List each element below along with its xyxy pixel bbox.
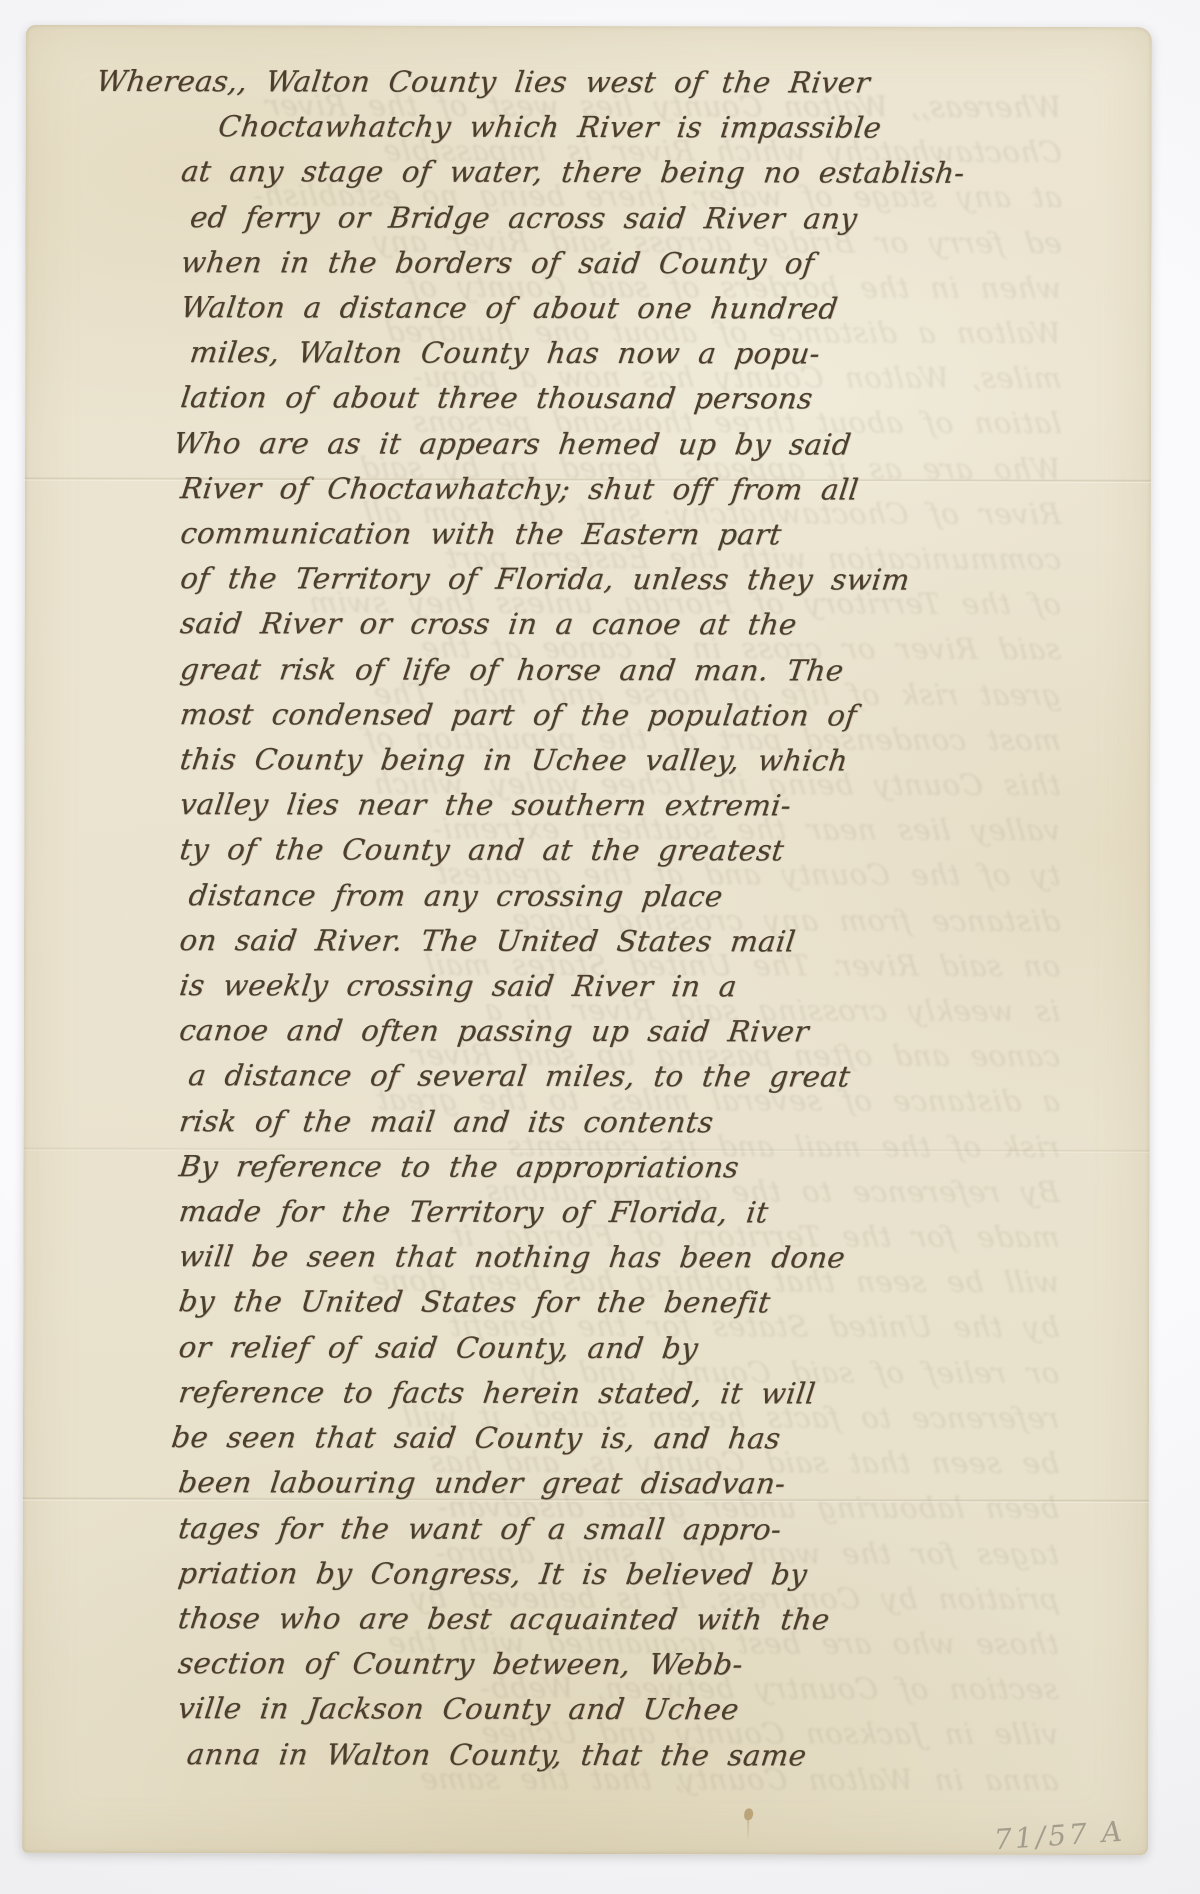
manuscript-line: ville in Jackson County and Uchee	[175, 1686, 1146, 1733]
manuscript-line: Choctawhatchy which River is impassible	[216, 104, 1150, 151]
manuscript-line: priation by Congress, It is believed by	[176, 1551, 1147, 1598]
manuscript-line: anna in Walton County, that the same	[184, 1732, 1146, 1779]
manuscript-paper: Whereas,, Walton County lies west of the…	[22, 25, 1152, 1855]
archival-number: 71/57 A	[993, 1815, 1126, 1856]
manuscript-line: ty of the County and at the greatest	[177, 828, 1148, 875]
manuscript-line: when in the borders of said County of	[178, 240, 1149, 287]
manuscript-line: lation of about three thousand persons	[178, 376, 1149, 423]
manuscript-line: section of Country between, Webb-	[175, 1641, 1146, 1688]
manuscript-line: Whereas,, Walton County lies west of the…	[94, 59, 1150, 106]
manuscript-line: a distance of several miles, to the grea…	[186, 1054, 1148, 1101]
manuscript-line: tages for the want of a small appro-	[176, 1506, 1147, 1553]
manuscript-line: at any stage of water, there being no es…	[179, 150, 1150, 197]
manuscript-line: made for the Territory of Florida, it	[176, 1189, 1147, 1236]
manuscript-line: ed ferry or Bridge across said River any	[187, 195, 1149, 242]
ink-stain	[744, 1808, 753, 1820]
manuscript-line: communication with the Eastern part	[178, 511, 1149, 558]
manuscript-line: of the Territory of Florida, unless they…	[178, 556, 1149, 603]
manuscript-line: this County being in Uchee valley, which	[177, 737, 1148, 784]
manuscript-line: By reference to the appropriations	[176, 1144, 1147, 1191]
manuscript-line: most condensed part of the population of	[177, 692, 1148, 739]
manuscript-line: canoe and often passing up said River	[177, 1008, 1148, 1055]
manuscript-line: be seen that said County is, and has	[169, 1415, 1147, 1462]
manuscript-line: great risk of life of horse and man. The	[178, 647, 1149, 694]
manuscript-line: valley lies near the southern extremi-	[177, 782, 1148, 829]
manuscript-line: those who are best acquainted with the	[176, 1596, 1147, 1643]
manuscript-line: distance from any crossing place	[186, 873, 1148, 920]
manuscript-line: or relief of said County, and by	[176, 1325, 1147, 1372]
manuscript-line: Walton a distance of about one hundred	[178, 285, 1149, 332]
manuscript-line: been labouring under great disadvan-	[176, 1460, 1147, 1507]
manuscript-text: Whereas,, Walton County lies west of the…	[72, 59, 1144, 1779]
manuscript-line: Who are as it appears hemed up by said	[171, 421, 1149, 468]
manuscript-line: River of Choctawhatchy; shut off from al…	[178, 466, 1149, 513]
manuscript-line: will be seen that nothing has been done	[176, 1234, 1147, 1281]
manuscript-line: is weekly crossing said River in a	[177, 963, 1148, 1010]
manuscript-line: risk of the mail and its contents	[177, 1099, 1148, 1146]
manuscript-line: said River or cross in a canoe at the	[178, 602, 1149, 649]
manuscript-line: reference to facts herein stated, it wil…	[176, 1370, 1147, 1417]
manuscript-line: on said River. The United States mail	[177, 918, 1148, 965]
scanned-page-background: Whereas,, Walton County lies west of the…	[0, 0, 1200, 1894]
manuscript-line: miles, Walton County has now a popu-	[187, 330, 1149, 377]
manuscript-line: by the United States for the benefit	[176, 1280, 1147, 1327]
